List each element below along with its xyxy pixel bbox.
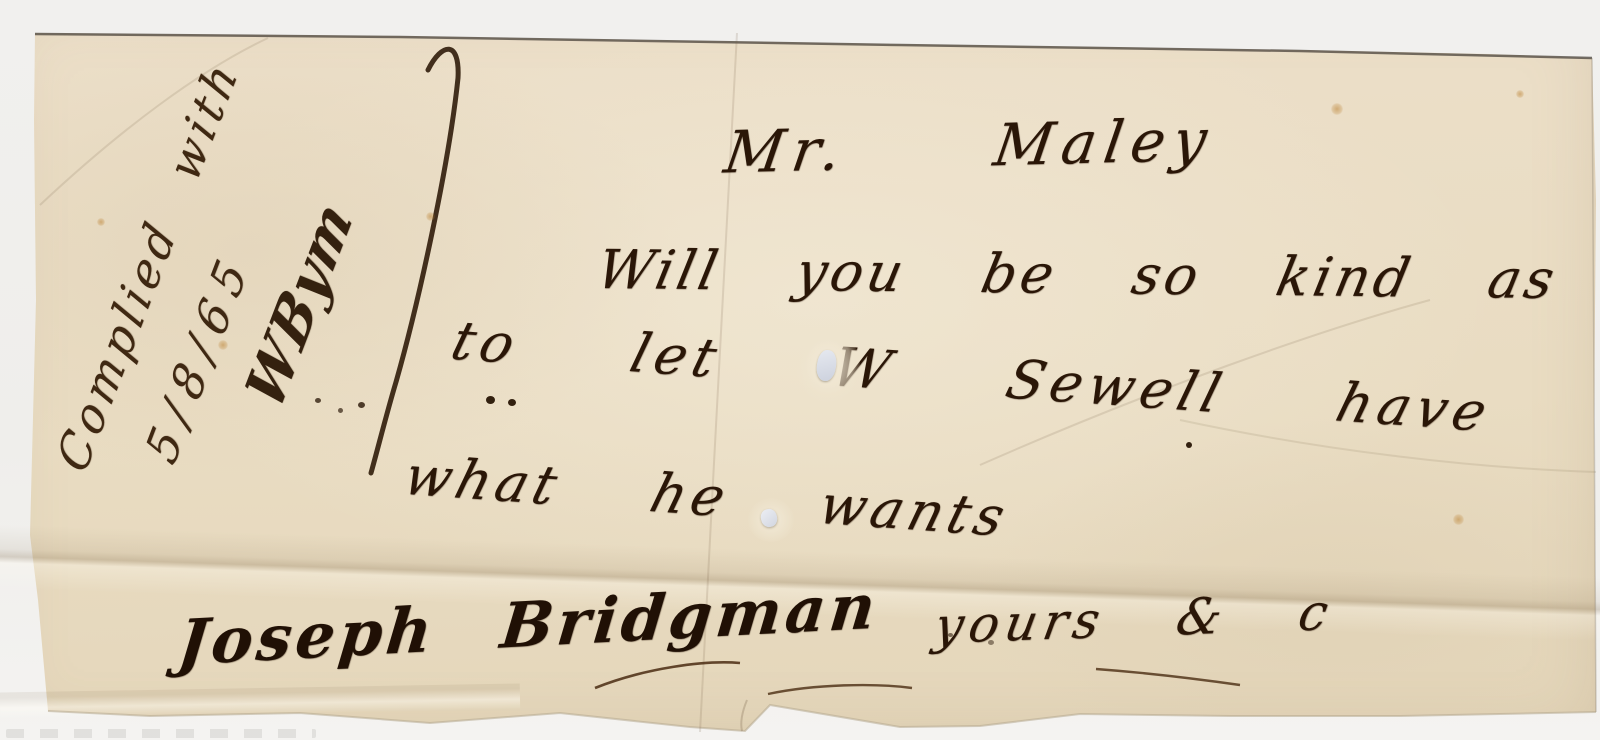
- ink-blot: [508, 399, 516, 406]
- foxing-spot: [218, 340, 228, 350]
- ink-speck: [358, 402, 365, 408]
- paper-torn-bottom-edge: [48, 705, 1596, 731]
- paper-right-edge-shadow: [1592, 58, 1596, 712]
- bottom-tear-line: [741, 700, 747, 731]
- right-underline-flourish: [1096, 669, 1240, 685]
- ink-speck: [988, 640, 994, 645]
- scanner-artifact-marks: [6, 729, 316, 738]
- salutation: Mr. Maley: [720, 105, 1219, 186]
- ink-speck: [315, 398, 321, 403]
- foxing-spot: [426, 212, 435, 221]
- signature-underline-flourish: [595, 662, 740, 688]
- ink-period-dot: [1186, 442, 1192, 448]
- scanned-letter: Complied with 5/8/65 WBym Mr. Maley Will…: [0, 0, 1600, 740]
- foxing-spot: [97, 218, 105, 226]
- foxing-spot: [1453, 514, 1464, 525]
- ink-speck: [948, 633, 953, 637]
- center-underline-flourish: [768, 685, 912, 694]
- body-line-1: Will you be so kind as: [592, 238, 1564, 311]
- foxing-spot: [1331, 103, 1343, 115]
- ink-speck: [338, 408, 343, 413]
- foxing-spot: [1516, 90, 1524, 98]
- ink-blot: [486, 396, 495, 404]
